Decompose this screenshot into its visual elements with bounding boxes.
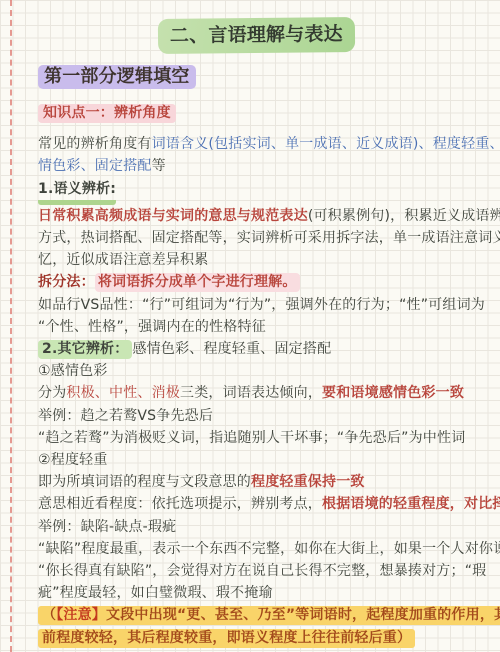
text-segment: 方式，热词搭配、固定搭配等，实词辨析可采用拆字法，单一成语注意词义记 <box>38 230 500 246</box>
note-line-emotion-types: 分为积极、中性、消极三类，词语表达倾向，要和语境感情色彩一致 <box>38 382 474 404</box>
subheading-text: 2.其它辨析： <box>38 340 132 359</box>
note-line-degree-example-3: 疵”程度最轻，如白璧微瑕、瑕不掩瑜 <box>38 582 474 604</box>
note-line-degree-method: 意思相近看程度：依托选项提示，辨别考点，根据语境的轻重程度，对比择优 <box>38 493 474 515</box>
text-segment: 根据语境的轻重程度，对比择优 <box>322 496 500 512</box>
text-segment: 词语含义(包括实词、单一成语、近义成语)、程度轻重、感 <box>152 136 500 152</box>
text-segment: “趋之若鹜”为消极贬义词，指追随别人干坏事；“争先恐后”为中性词 <box>38 430 465 446</box>
knowledge-point-text: 知识点一：辨析角度 <box>38 104 176 123</box>
text-segment: 常见的辨析角度有 <box>38 136 152 152</box>
text-segment: 疵”程度最轻，如白璧微瑕、瑕不掩瑜 <box>38 585 273 601</box>
knowledge-point-heading: 知识点一：辨析角度 <box>38 102 474 124</box>
text-segment: “你长得真有缺陷”，会觉得对方在说自己长得不完整，想暴揍对方；“瑕 <box>38 563 486 579</box>
text-segment: 要和语境感情色彩一致 <box>322 385 464 401</box>
note-line-split-method: 拆分法：将词语拆分成单个字进行理解。 <box>38 271 474 293</box>
note-line-emotion-example-label: 举例：趋之若鹜VS争先恐后 <box>38 405 474 427</box>
note-line-accumulate-1: 日常积累高频成语与实词的意思与规范表达(可积累例句)，积累近义成语辨析 <box>38 205 474 227</box>
text-segment: 即为所填词语的程度与文段意思的 <box>38 474 251 490</box>
text-segment: 如品行VS品性：“行”可组词为“行为”，强调外在的行为；“性”可组词为 <box>38 297 485 313</box>
page-title-text: 二、言语理解与表达 <box>169 23 342 47</box>
subheading-text: 1.语义辨析: <box>38 178 116 205</box>
text-segment: 程度轻重保持一致 <box>251 474 365 490</box>
attention-label: 【注意】 <box>56 607 106 623</box>
subpoint-degree: ②程度轻重 <box>38 449 474 471</box>
section-heading-text: 第一部分逻辑填空 <box>44 66 190 87</box>
subheading-other-analysis: 2.其它辨析：感情色彩、程度轻重、固定搭配 <box>38 338 474 360</box>
section-heading-highlight: 第一部分逻辑填空 <box>38 65 196 89</box>
note-line-accumulate-3: 忆，近似成语注意差异积累 <box>38 249 474 271</box>
note-line-angles-2: 情色彩、固定搭配等 <box>38 155 474 177</box>
page-title-highlight: 二、言语理解与表达 <box>157 17 354 54</box>
text-segment: （ <box>42 607 56 623</box>
term-label: 拆分法： <box>38 274 95 290</box>
text-segment: ②程度轻重 <box>38 452 108 468</box>
text-segment: (可积累例句)，积累近义成语辨析 <box>308 208 500 224</box>
text-segment: 忆，近似成语注意差异积累 <box>38 252 208 268</box>
text-segment: 三类，词语表达倾向， <box>180 385 322 401</box>
note-line-degree-example-2: “你长得真有缺陷”，会觉得对方在说自己长得不完整，想暴揍对方；“瑕 <box>38 560 474 582</box>
page-title: 二、言语理解与表达 <box>38 18 474 53</box>
text-segment: 分为 <box>38 385 66 401</box>
text-segment: 前程度较轻，其后程度较重，即语义程度上往往前轻后重） <box>38 629 415 648</box>
text-segment: 等 <box>152 158 166 174</box>
text-segment: “个性、性格”，强调内在的性格特征 <box>38 319 266 335</box>
subpoint-emotional-color: ①感情色彩 <box>38 360 474 382</box>
text-segment: 积极、中性、消极 <box>66 385 180 401</box>
term-definition: 将词语拆分成单个字进行理解。 <box>95 273 300 292</box>
text-segment: “缺陷”程度最重，表示一个东西不完整，如你在大街上，如果一个人对你说 <box>38 541 500 557</box>
note-line-degree-rule: 即为所填词语的程度与文段意思的程度轻重保持一致 <box>38 471 474 493</box>
note-line-angles-1: 常见的辨析角度有词语含义(包括实词、单一成语、近义成语)、程度轻重、感 <box>38 133 474 155</box>
note-attention-2: 前程度较轻，其后程度较重，即语义程度上往往前轻后重） <box>38 627 474 649</box>
note-line-degree-example-1: “缺陷”程度最重，表示一个东西不完整，如你在大街上，如果一个人对你说 <box>38 538 474 560</box>
note-line-example-pinxing-1: 如品行VS品性：“行”可组词为“行为”，强调外在的行为；“性”可组词为 <box>38 294 474 316</box>
text-segment: 感情色彩、程度轻重、固定搭配 <box>132 341 331 357</box>
text-segment: 举例：缺陷-缺点-瑕疵 <box>38 519 176 535</box>
note-line-accumulate-2: 方式，热词搭配、固定搭配等，实词辨析可采用拆字法，单一成语注意词义记 <box>38 227 474 249</box>
note-line-degree-example-label: 举例：缺陷-缺点-瑕疵 <box>38 516 474 538</box>
text-segment: 日常积累高频成语与实词的意思与规范表达 <box>38 208 308 224</box>
text-segment: 意思相近看程度：依托选项提示，辨别考点， <box>38 496 322 512</box>
text-segment: 情色彩、固定搭配 <box>38 158 152 174</box>
subheading-semantic-analysis: 1.语义辨析: <box>38 178 474 205</box>
text-segment: 文段中出现“更、甚至、乃至”等词语时，起程度加重的作用，其 <box>106 607 500 623</box>
text-segment: ①感情色彩 <box>38 363 108 379</box>
note-line-emotion-example-detail: “趋之若鹜”为消极贬义词，指追随别人干坏事；“争先恐后”为中性词 <box>38 427 474 449</box>
text-segment: 举例：趋之若鹜VS争先恐后 <box>38 408 213 424</box>
attention-highlight: （【注意】文段中出现“更、甚至、乃至”等词语时，起程度加重的作用，其 <box>38 606 500 625</box>
note-attention-1: （【注意】文段中出现“更、甚至、乃至”等词语时，起程度加重的作用，其 <box>38 604 474 626</box>
section-heading: 第一部分逻辑填空 <box>38 63 474 91</box>
notes-page: 二、言语理解与表达 第一部分逻辑填空 知识点一：辨析角度 常见的辨析角度有词语含… <box>0 0 500 649</box>
note-line-example-pinxing-2: “个性、性格”，强调内在的性格特征 <box>38 316 474 338</box>
